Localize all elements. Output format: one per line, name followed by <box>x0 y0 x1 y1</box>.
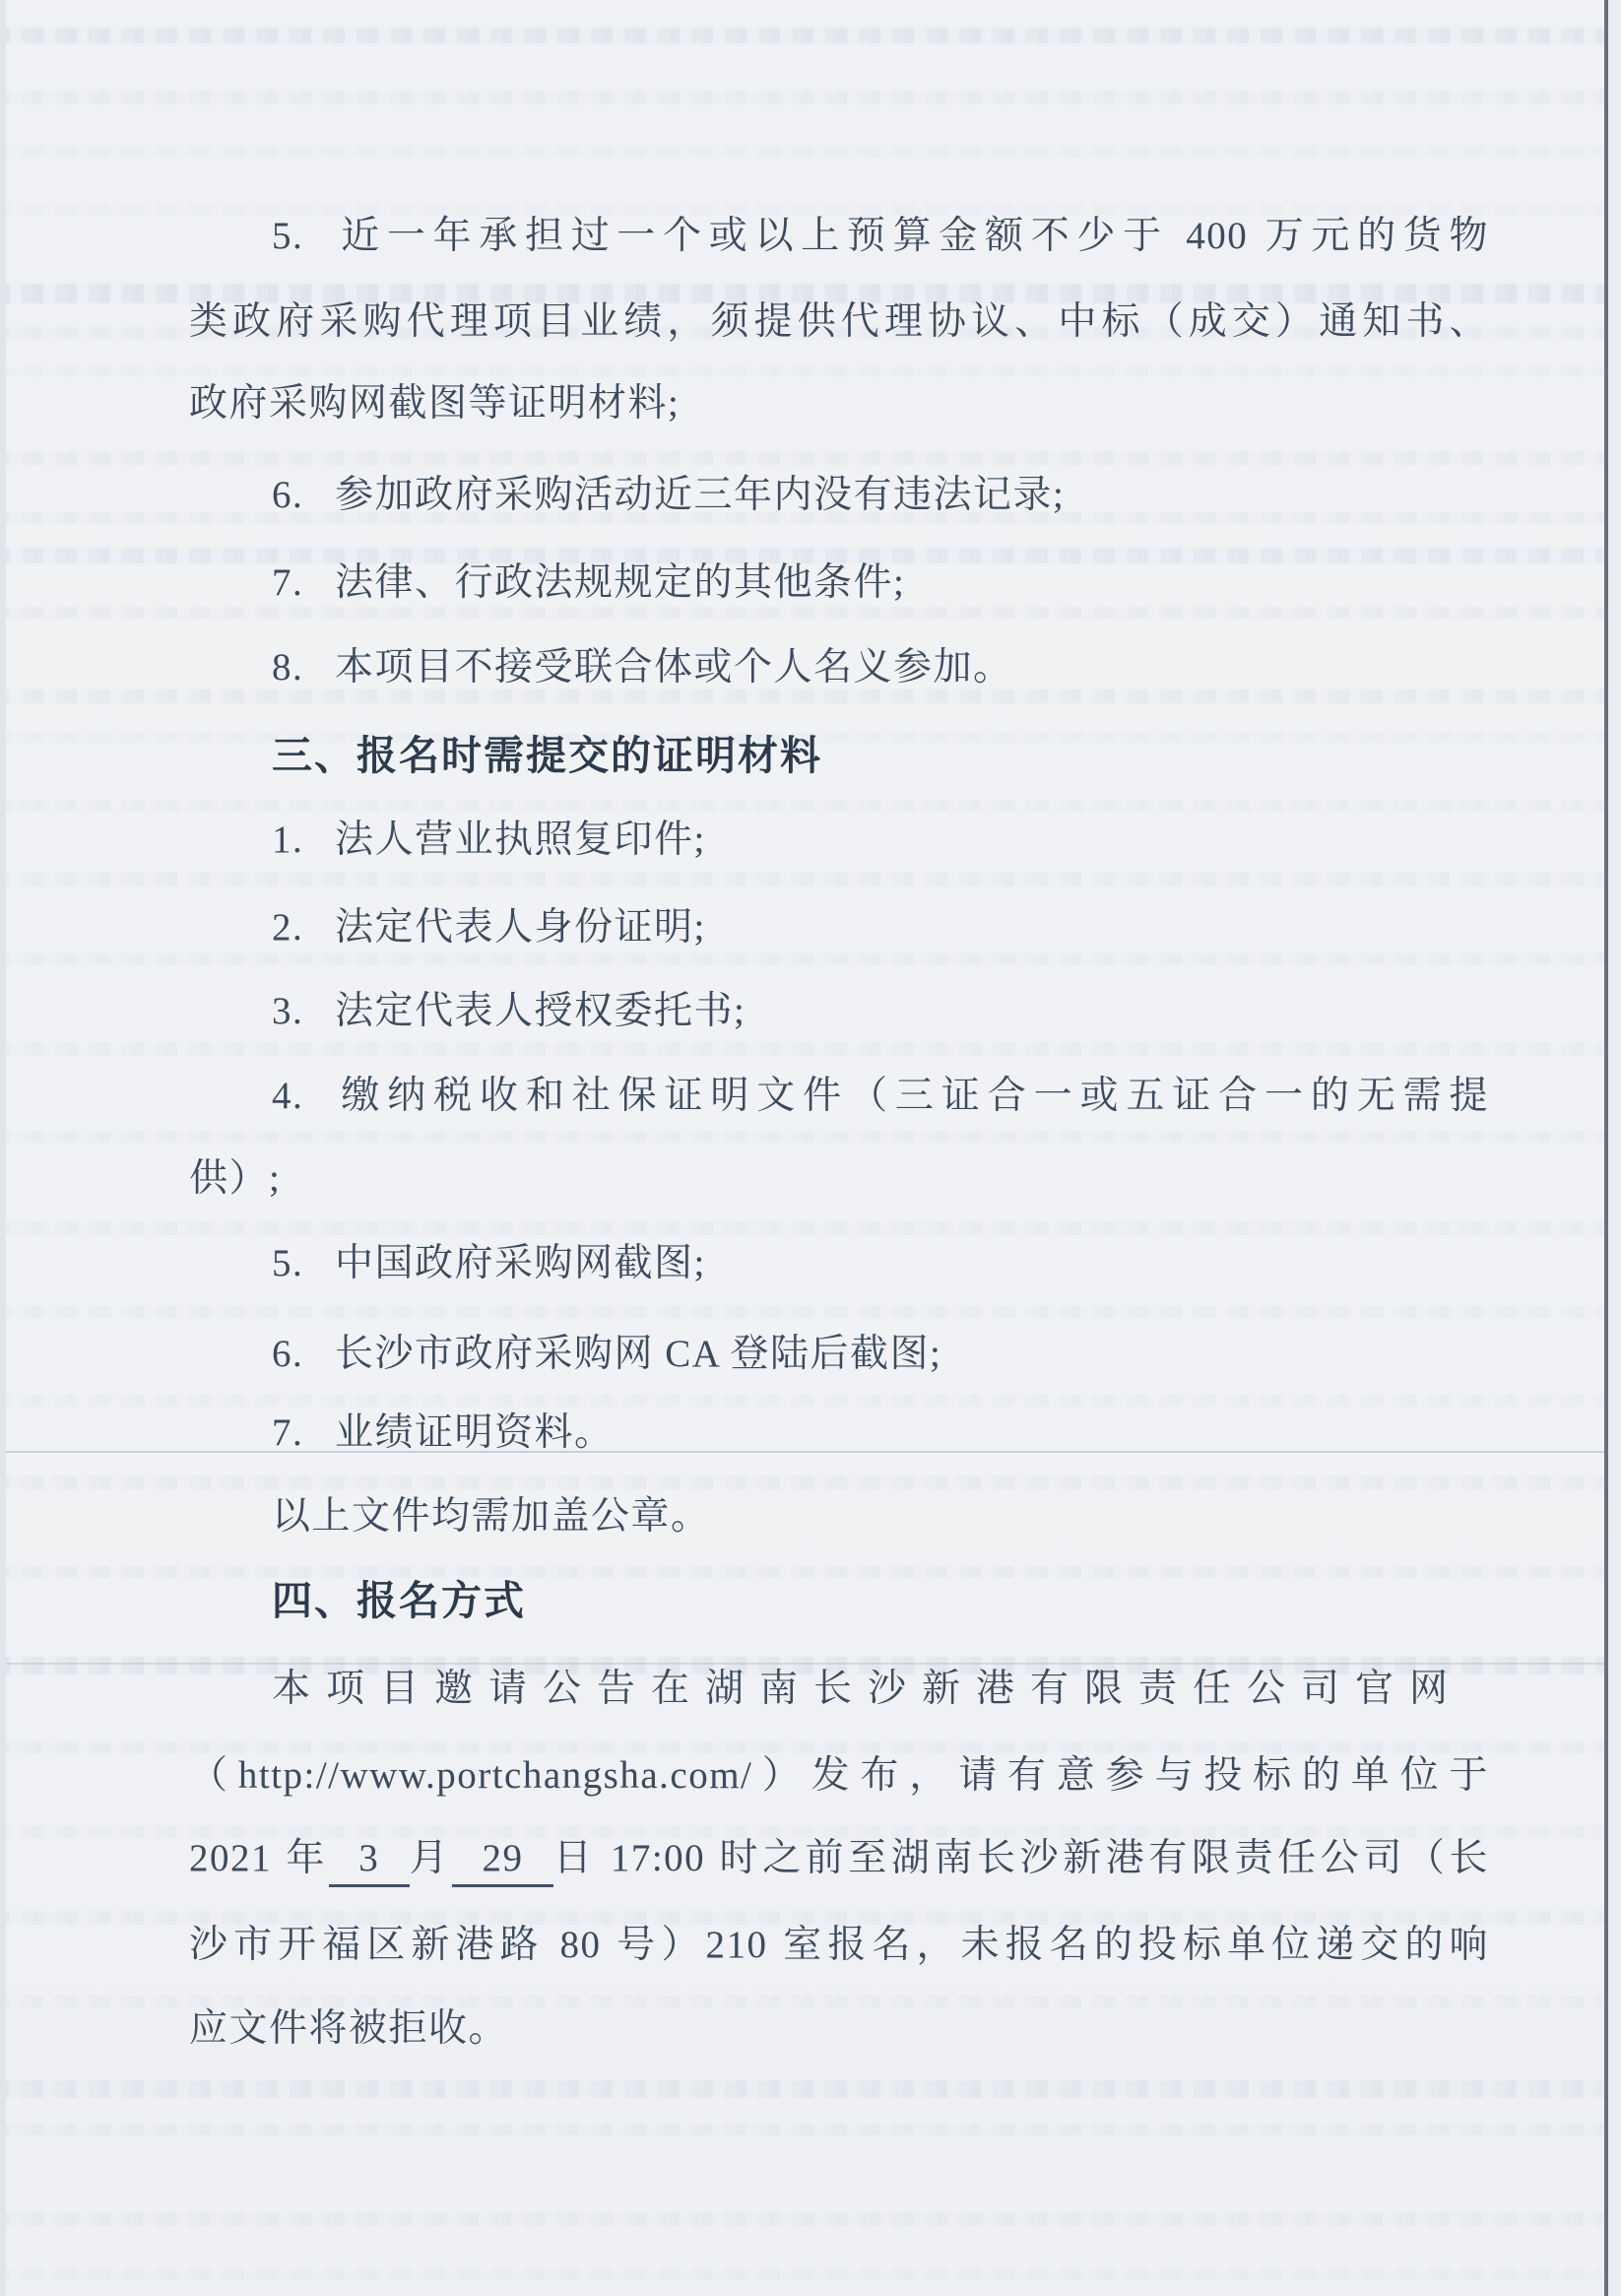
body-text-line: 2.法定代表人身份证明; <box>189 899 1489 956</box>
body-text-line: 7.业绩证明资料。 <box>189 1405 1489 1462</box>
bleedthrough-artifact <box>0 873 1605 886</box>
body-text-line: 类政府采购代理项目业绩，须提供代理协议、中标（成交）通知书、 <box>189 294 1489 351</box>
bleedthrough-artifact <box>0 2212 1605 2226</box>
bleedthrough-artifact <box>0 2080 1605 2098</box>
line-text: 业绩证明资料。 <box>335 1411 615 1454</box>
line-text: 本项目邀请公告在湖南长沙新港有限责任公司官网 <box>272 1668 1463 1710</box>
scanned-document-page: 5.近一年承担过一个或以上预算金额不少于 400 万元的货物 类政府采购代理项目… <box>0 0 1621 2296</box>
list-number: 1. <box>272 812 335 869</box>
body-text-line: （http://www.portchangsha.com/）发布，请有意参与投标… <box>189 1747 1489 1804</box>
body-text-line: 本项目邀请公告在湖南长沙新港有限责任公司官网 <box>189 1661 1489 1718</box>
bleedthrough-artifact <box>0 2124 1605 2135</box>
date-line: 2021 年 3 月 29 日 17:00 时之前至湖南长沙新港有限责任公司（长 <box>189 1830 1489 1887</box>
line-text: 法人营业执照复印件; <box>335 819 706 861</box>
section-heading: 三、报名时需提交的证明材料 <box>189 727 1489 784</box>
list-number: 5. <box>272 1235 335 1292</box>
body-text-line: 政府采购网截图等证明材料; <box>189 375 1489 432</box>
body-text-line: 4.缴纳税收和社保证明文件（三证合一或五证合一的无需提 <box>189 1068 1489 1125</box>
section-heading: 四、报名方式 <box>189 1572 1489 1629</box>
line-text: 参加政府采购活动近三年内没有违法记录; <box>335 474 1065 516</box>
line-text: （http://www.portchangsha.com/）发布，请有意参与投标… <box>189 1754 1489 1797</box>
bleedthrough-artifact <box>0 1476 1605 1489</box>
line-text: 长沙市政府采购网 CA 登陆后截图; <box>335 1333 941 1375</box>
section-heading-text: 三、报名时需提交的证明材料 <box>272 733 822 778</box>
body-text-line: 供）; <box>189 1150 1489 1208</box>
list-number: 3. <box>272 983 335 1040</box>
body-text-line: 7.法律、行政法规规定的其他条件; <box>189 555 1489 612</box>
list-number: 2. <box>272 899 335 956</box>
list-number: 7. <box>272 555 335 612</box>
line-text: 缴纳税收和社保证明文件（三证合一或五证合一的无需提 <box>335 1075 1489 1117</box>
line-text: 近一年承担过一个或以上预算金额不少于 400 万元的货物 <box>335 215 1489 257</box>
body-text-line: 8.本项目不接受联合体或个人名义参加。 <box>189 639 1489 696</box>
bleedthrough-artifact <box>0 146 1605 158</box>
date-day-underlined: 29 <box>452 1837 553 1887</box>
bleedthrough-artifact <box>0 91 1605 104</box>
bleedthrough-artifact <box>0 1221 1605 1235</box>
list-number: 4. <box>272 1068 335 1125</box>
bleedthrough-artifact <box>0 2269 1605 2279</box>
page-edge-shadow-left <box>0 0 6 2296</box>
body-text-line: 6.长沙市政府采购网 CA 登陆后截图; <box>189 1326 1489 1383</box>
bleedthrough-artifact <box>0 28 1605 43</box>
line-text: 政府采购网截图等证明材料; <box>189 382 680 425</box>
bleedthrough-artifact <box>0 1042 1605 1056</box>
date-text: 月 <box>410 1837 453 1879</box>
scan-edge-line <box>1604 0 1608 2296</box>
date-text: 日 17:00 时之前至湖南长沙新港有限责任公司（长 <box>553 1837 1489 1879</box>
list-number: 8. <box>272 639 335 696</box>
body-text-line: 1.法人营业执照复印件; <box>189 812 1489 869</box>
body-text-line: 沙市开福区新港路 80 号）210 室报名，未报名的投标单位递交的响 <box>189 1917 1489 1974</box>
list-number: 6. <box>272 1326 335 1383</box>
line-text: 本项目不接受联合体或个人名义参加。 <box>335 646 1013 689</box>
list-number: 6. <box>272 467 335 524</box>
body-text-line: 3.法定代表人授权委托书; <box>189 983 1489 1040</box>
body-text-line: 5.中国政府采购网截图; <box>189 1235 1489 1292</box>
line-text: 中国政府采购网截图; <box>335 1242 706 1284</box>
date-text: 2021 年 <box>189 1837 329 1879</box>
bleedthrough-artifact <box>0 451 1605 465</box>
bleedthrough-artifact <box>0 800 1605 812</box>
line-text: 法定代表人身份证明; <box>335 906 706 949</box>
line-text: 法律、行政法规规定的其他条件; <box>335 561 905 604</box>
bleedthrough-artifact <box>0 1306 1605 1318</box>
body-text-line: 应文件将被拒收。 <box>189 2001 1489 2058</box>
date-month-underlined: 3 <box>329 1837 410 1887</box>
list-number: 7. <box>272 1405 335 1462</box>
list-number: 5. <box>272 208 335 265</box>
line-text: 应文件将被拒收。 <box>189 2007 508 2050</box>
line-text: 供）; <box>189 1157 281 1200</box>
body-text-line: 以上文件均需加盖公章。 <box>189 1488 1489 1545</box>
page-edge-margin-right <box>1608 0 1621 2296</box>
line-text: 类政府采购代理项目业绩，须提供代理协议、中标（成交）通知书、 <box>189 300 1489 343</box>
body-text-line: 5.近一年承担过一个或以上预算金额不少于 400 万元的货物 <box>189 208 1489 265</box>
line-text: 法定代表人授权委托书; <box>335 990 746 1032</box>
line-text: 以上文件均需加盖公章。 <box>272 1495 711 1538</box>
line-text: 沙市开福区新港路 80 号）210 室报名，未报名的投标单位递交的响 <box>189 1924 1489 1966</box>
bleedthrough-artifact <box>0 1131 1605 1143</box>
body-text-line: 6.参加政府采购活动近三年内没有违法记录; <box>189 467 1489 524</box>
section-heading-text: 四、报名方式 <box>272 1578 526 1623</box>
